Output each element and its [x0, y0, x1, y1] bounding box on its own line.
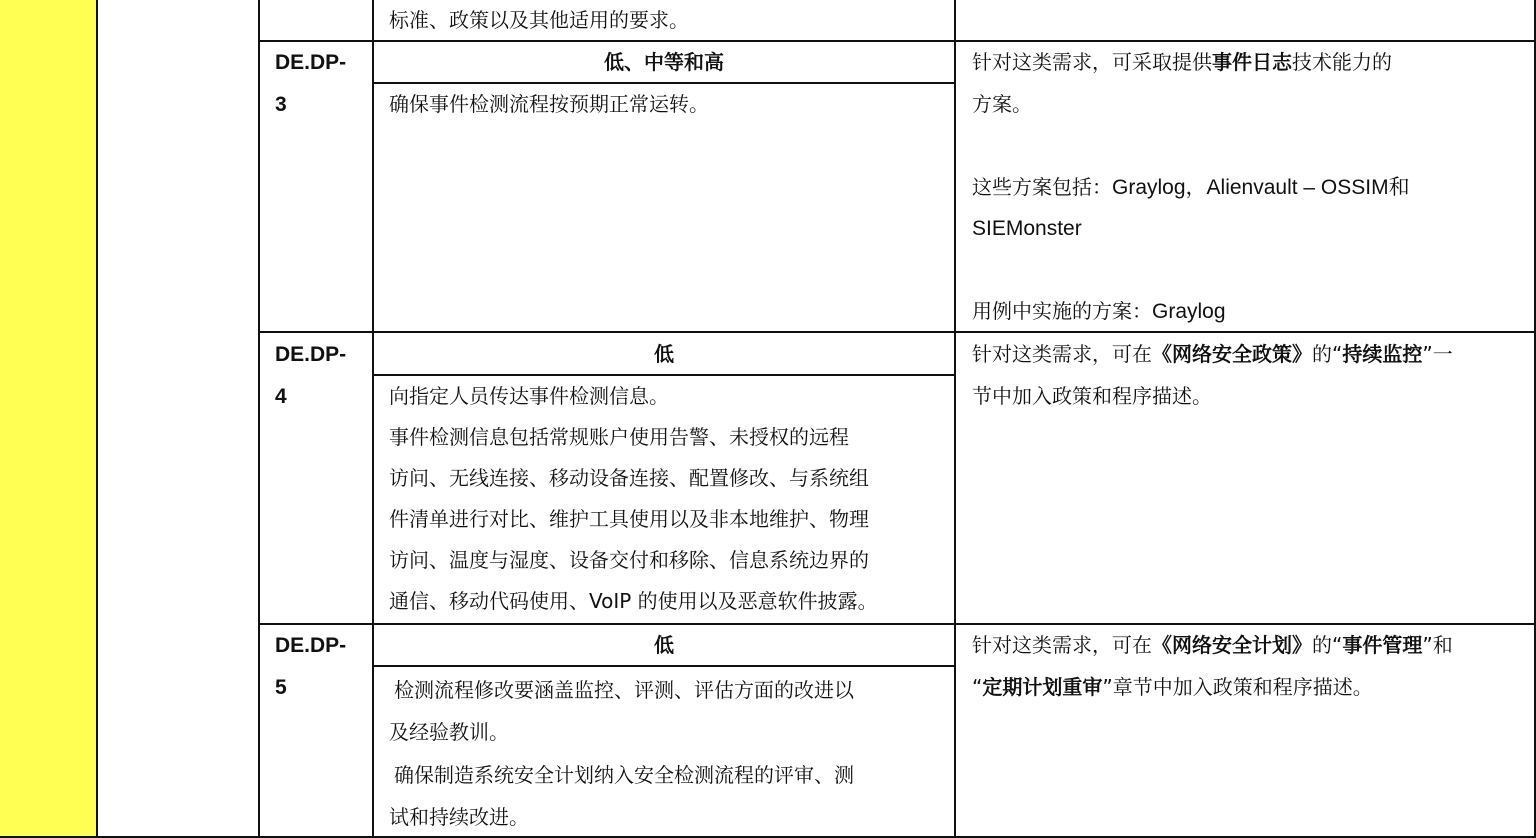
control-id: DE.DP-: [275, 334, 346, 375]
control-id: DE.DP-: [275, 42, 346, 83]
empty-column: [98, 0, 260, 838]
requirement-text: 访问、无线连接、移动设备连接、配置修改、与系统组: [389, 458, 869, 499]
guidance-keyword: 事件日志: [1212, 50, 1292, 74]
column-divider: [954, 0, 956, 838]
column-divider: [372, 0, 374, 838]
requirement-text: 确保制造系统安全计划纳入安全检测流程的评审、测: [394, 755, 854, 796]
solutions-list-cont: SIEMonster: [972, 208, 1082, 249]
highlight-column: [0, 0, 98, 838]
implemented-solution: 用例中实施的方案：Graylog: [972, 291, 1226, 332]
solutions-list: 这些方案包括：Graylog，Alienvault – OSSIM和: [972, 167, 1410, 208]
requirement-text-fragment: 标准、政策以及其他适用的要求。: [389, 0, 689, 41]
requirement-text: 试和持续改进。: [389, 797, 529, 838]
requirement-text: 确保事件检测流程按预期正常运转。: [389, 84, 709, 125]
impact-level: 低: [374, 334, 954, 375]
section-reference: 事件管理: [1342, 633, 1422, 657]
guidance-text: “定期计划重审”章节中加入政策和程序描述。: [972, 667, 1373, 708]
impact-level: 低、中等和高: [374, 42, 954, 83]
requirement-text: 向指定人员传达事件检测信息。: [389, 376, 669, 417]
requirement-text: 通信、移动代码使用、VoIP 的使用以及恶意软件披露。: [389, 581, 878, 622]
control-id-number: 3: [275, 84, 287, 125]
requirement-text: 检测流程修改要涵盖监控、评测、评估方面的改进以: [394, 670, 854, 711]
row-divider: [260, 331, 1536, 333]
requirement-text: 及经验教训。: [389, 712, 509, 753]
guidance-text: 节中加入政策和程序描述。: [972, 376, 1212, 417]
requirement-text: 件清单进行对比、维护工具使用以及非本地维护、物理: [389, 499, 869, 540]
guidance-text: 方案。: [972, 84, 1032, 125]
requirement-text: 访问、温度与湿度、设备交付和移除、信息系统边界的: [389, 540, 869, 581]
section-reference: 定期计划重审: [982, 675, 1102, 699]
guidance-text: 针对这类需求，可采取提供事件日志技术能力的: [972, 42, 1392, 83]
control-id: DE.DP-: [275, 625, 346, 666]
control-id-number: 4: [275, 376, 287, 417]
impact-level: 低: [374, 625, 954, 666]
guidance-text: 针对这类需求，可在《网络安全计划》的“事件管理”和: [972, 625, 1453, 666]
document-reference: 《网络安全政策》: [1152, 342, 1312, 366]
guidance-text: 针对这类需求，可在《网络安全政策》的“持续监控”一: [972, 334, 1453, 375]
requirement-text: 事件检测信息包括常规账户使用告警、未授权的远程: [389, 417, 849, 458]
document-reference: 《网络安全计划》: [1152, 633, 1312, 657]
control-id-number: 5: [275, 667, 287, 708]
section-reference: 持续监控: [1342, 342, 1422, 366]
